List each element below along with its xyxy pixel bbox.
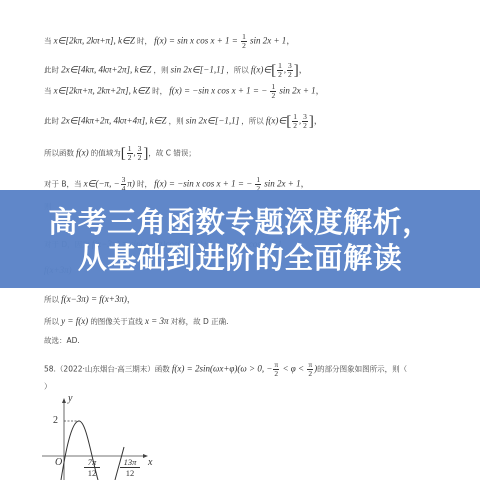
- doc-line-8: 所以 y = f(x) 的图像关于直线 x = 3π 对称，故 D 正确.: [44, 315, 229, 328]
- banner-title-line-2: 从基础到进阶的全面解读: [0, 240, 480, 276]
- doc-line-11: ）: [44, 380, 52, 393]
- fraction: 12: [241, 33, 247, 50]
- question-58: 58.（2022·山东烟台·高三期末）函数 f(x) = 2sin(ωx+φ)(…: [44, 361, 407, 378]
- doc-line-9: 故选：AD.: [44, 334, 80, 347]
- doc-line-4: 此时 2x∈[4kπ+2π, 4kπ+4π], k∈Z ，则 sin 2x∈[−…: [44, 113, 322, 130]
- title-banner: 高考三角函数专题深度解析， 从基础到进阶的全面解读: [0, 190, 480, 288]
- x-tick-13pi-12: 13π12: [120, 457, 140, 478]
- doc-line-7: 所以 f(x−3π) = f(x+3π)，: [44, 293, 135, 306]
- sine-graph: y 2 O x 7π12 13π12: [40, 395, 170, 480]
- doc-line-5: 所以函数 f(x) 的值域为[12,32]，故 C 错误；: [44, 145, 196, 162]
- doc-line-1: 当 x∈[2kπ, 2kπ+π], k∈Z 时， f(x) = sin x co…: [44, 33, 295, 50]
- x-axis-label: x: [148, 457, 152, 468]
- banner-title-line-1: 高考三角函数专题深度解析，: [0, 204, 480, 240]
- doc-line-3: 当 x∈[2kπ+π, 2kπ+2π], k∈Z 时， f(x) = −sin …: [44, 83, 324, 100]
- doc-line-2: 此时 2x∈[4kπ, 4kπ+2π], k∈Z ，则 sin 2x∈[−1,1…: [44, 62, 307, 79]
- origin-label: O: [55, 457, 62, 468]
- y-tick-2: 2: [53, 415, 58, 426]
- x-tick-7pi-12: 7π12: [84, 457, 100, 478]
- y-axis-label: y: [68, 393, 72, 404]
